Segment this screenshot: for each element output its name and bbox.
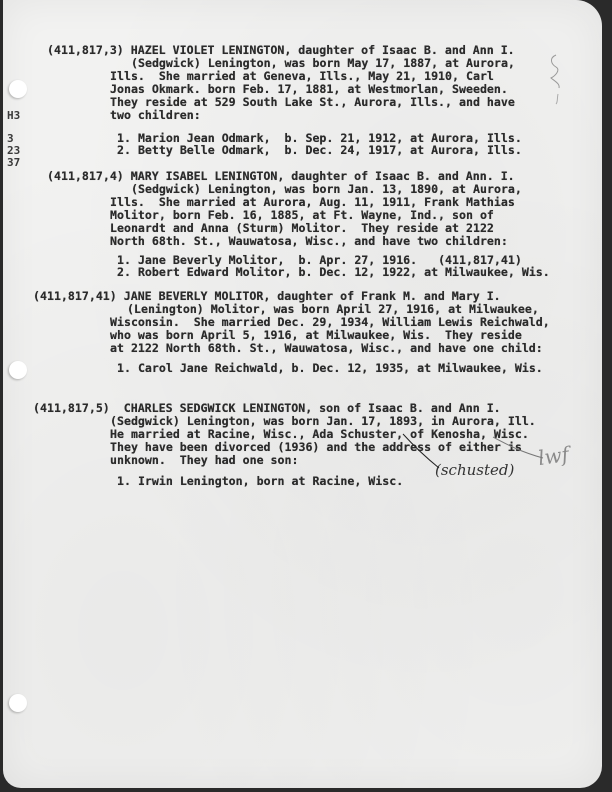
margin-note: H3: [7, 110, 20, 122]
punch-hole-bottom: [9, 694, 27, 712]
child-list-item: 1. Carol Jane Reichwald, b. Dec. 12, 193…: [117, 362, 543, 375]
child-list-item: 1. Irwin Lenington, born at Racine, Wisc…: [117, 475, 403, 488]
entry-line: unknown. They had one son:: [110, 454, 298, 467]
child-list-item: 2. Robert Edward Molitor, b. Dec. 12, 19…: [117, 266, 550, 279]
entry-line: at 2122 North 68th. St., Wauwatosa, Wisc…: [110, 342, 543, 355]
punch-hole-top: [9, 80, 27, 98]
handwritten-initials: lwf: [536, 442, 570, 470]
punch-hole-middle: [9, 361, 27, 379]
handwritten-correction: (schusted): [435, 461, 514, 479]
margin-note: 37: [7, 157, 20, 169]
entry-line: two children:: [110, 109, 201, 122]
pencil-marks: [3, 0, 602, 788]
entry-line: North 68th. St., Wauwatosa, Wisc., and h…: [110, 235, 508, 248]
child-list-item: 2. Betty Belle Odmark, b. Dec. 24, 1917,…: [117, 144, 522, 157]
document-page: H3 3 23 37 (411,817,3) HAZEL VIOLET LENI…: [3, 0, 602, 788]
